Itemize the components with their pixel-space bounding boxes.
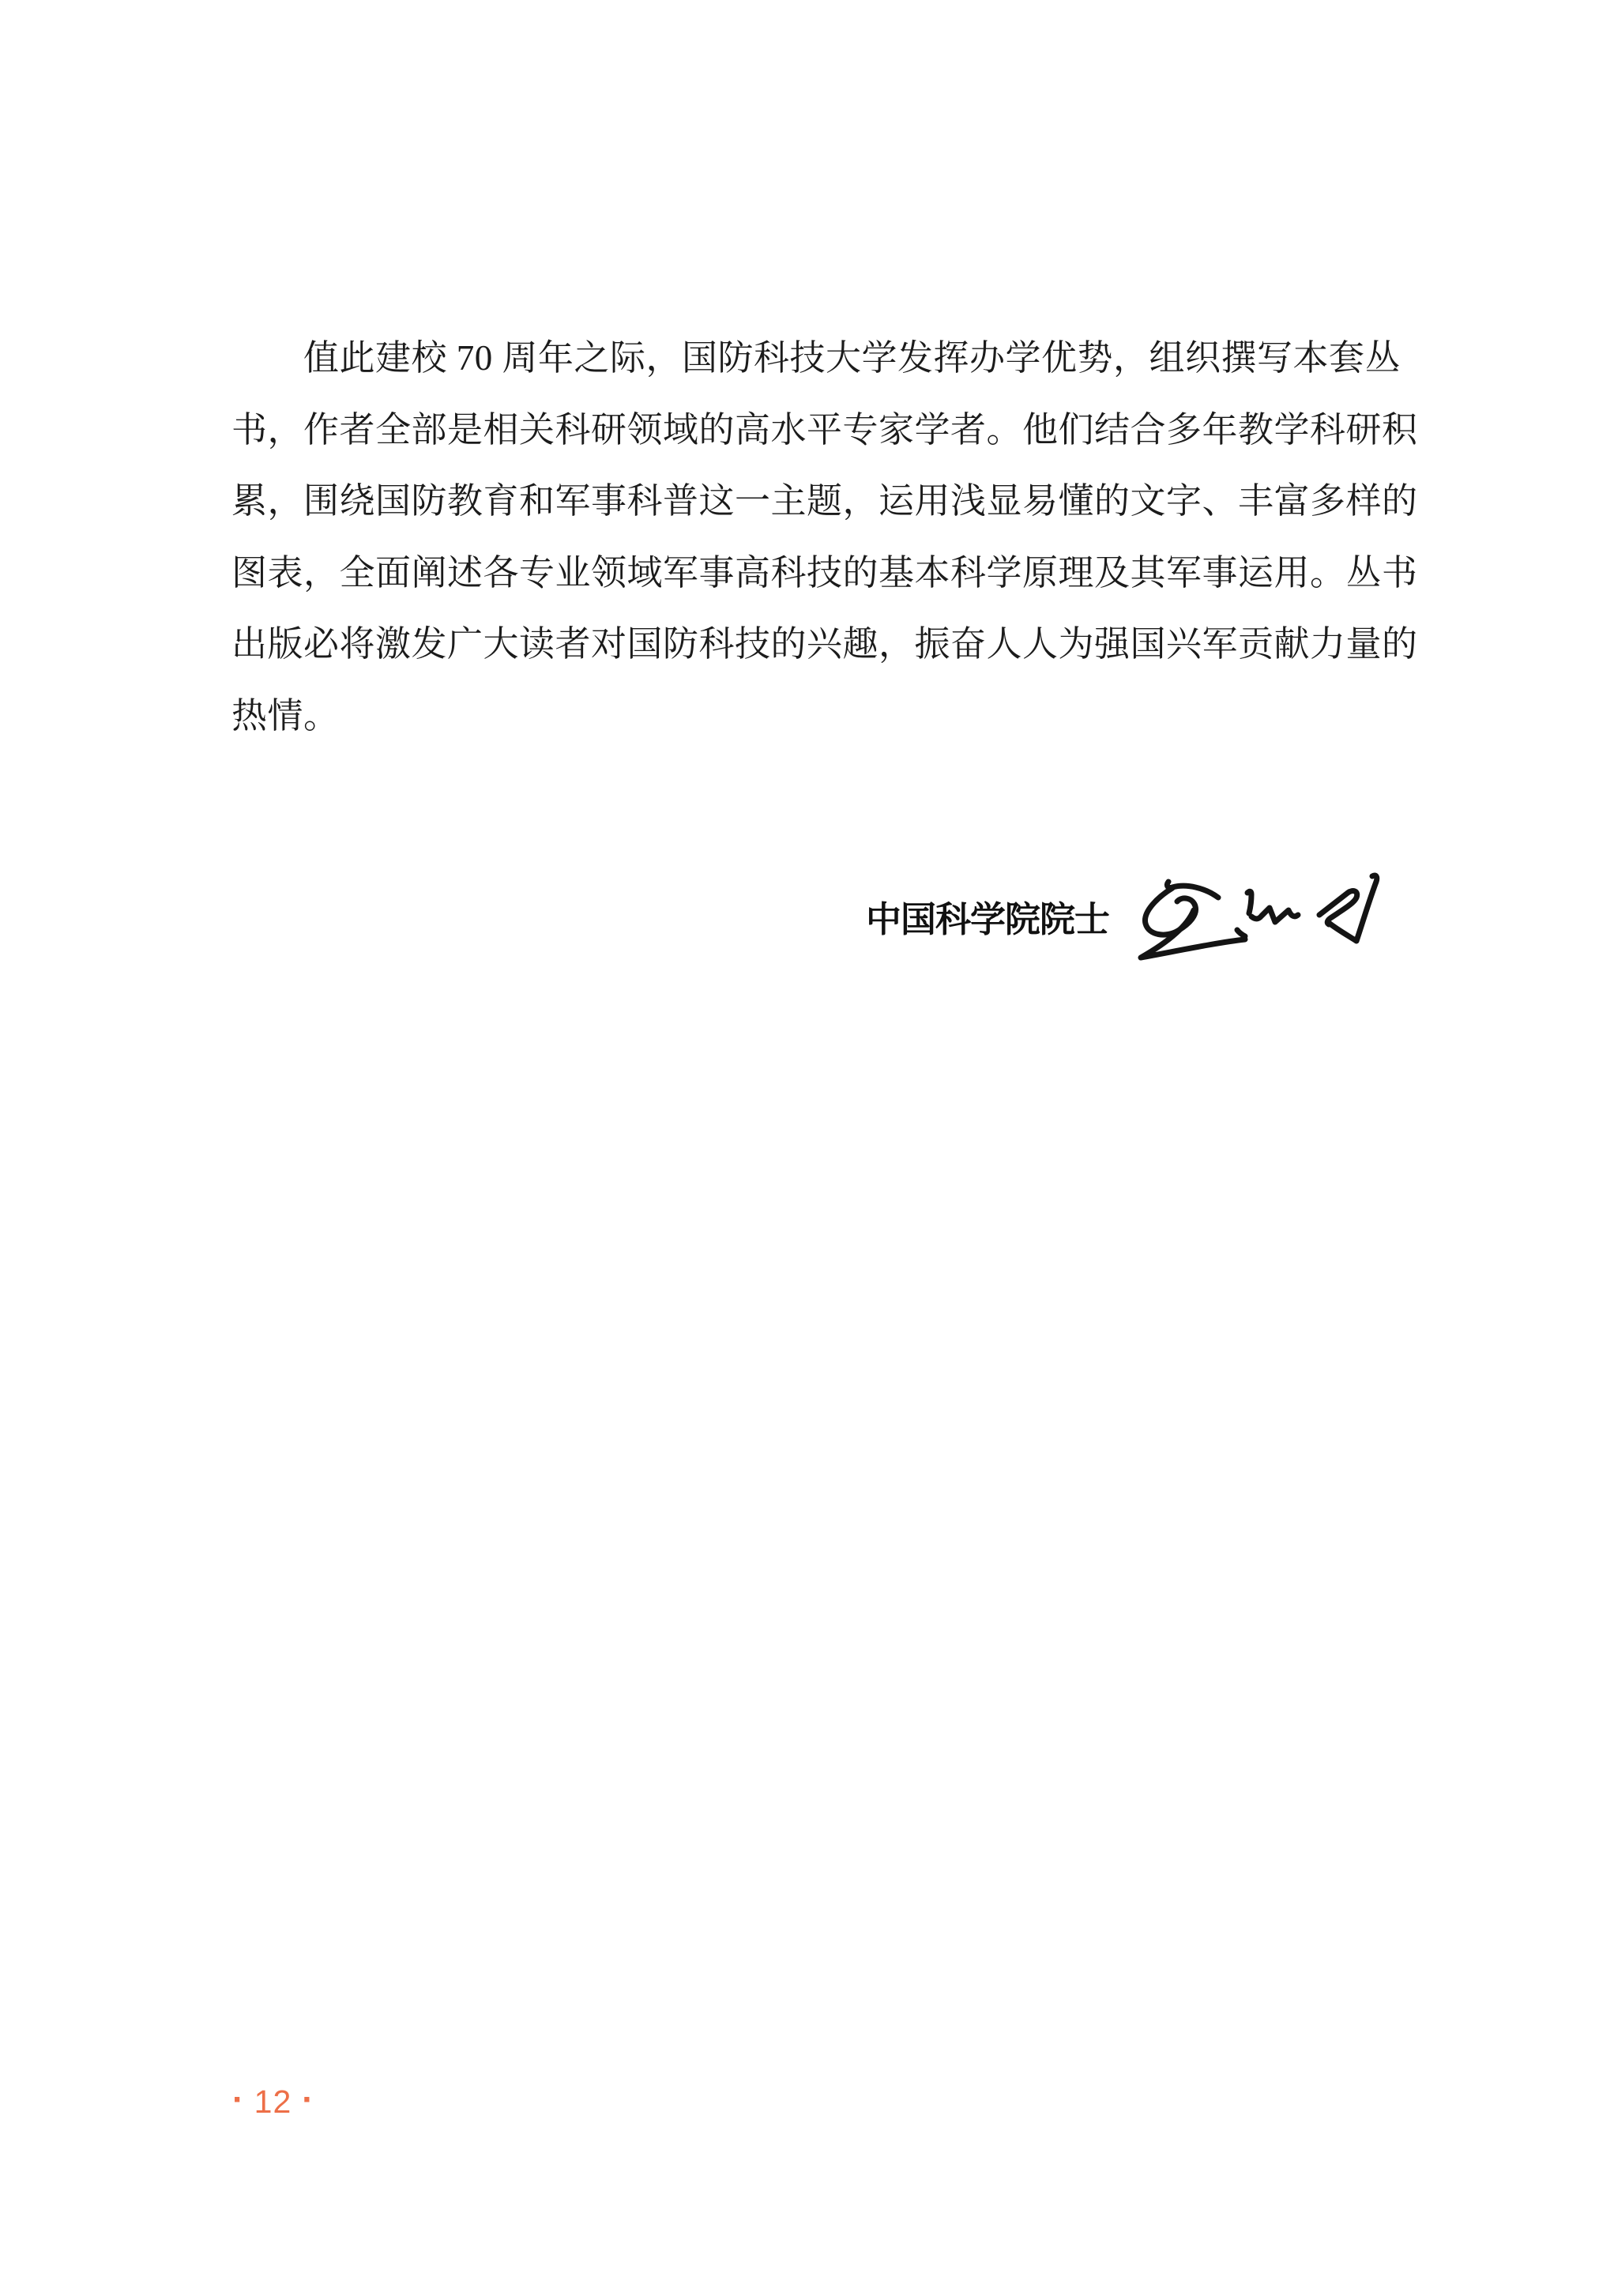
paragraph-line: 热情。 xyxy=(231,680,1399,752)
academician-title-label: 中国科学院院士 xyxy=(866,899,1109,940)
page-number-right-dot: · xyxy=(302,2081,314,2119)
page-number: · 12 · xyxy=(232,2083,314,2121)
document-page: 值此建校 70 周年之际，国防科技大学发挥办学优势，组织撰写本套丛 书，作者全部… xyxy=(0,0,1614,2296)
page-number-left-dot: · xyxy=(232,2081,244,2119)
paragraph-line: 书，作者全部是相关科研领域的高水平专家学者。他们结合多年教学科研积 xyxy=(231,394,1399,466)
paragraph-line: 累，围绕国防教育和军事科普这一主题，运用浅显易懂的文字、丰富多样的 xyxy=(231,465,1399,537)
page-number-value: 12 xyxy=(254,2083,292,2121)
paragraph-line: 图表，全面阐述各专业领域军事高科技的基本科学原理及其军事运用。丛书 xyxy=(231,537,1399,609)
paragraph-line: 出版必将激发广大读者对国防科技的兴趣，振奋人人为强国兴军贡献力量的 xyxy=(231,608,1399,680)
handwritten-signature-icon xyxy=(1130,861,1401,970)
body-paragraph: 值此建校 70 周年之际，国防科技大学发挥办学优势，组织撰写本套丛 书，作者全部… xyxy=(231,322,1399,751)
paragraph-line: 值此建校 70 周年之际，国防科技大学发挥办学优势，组织撰写本套丛 xyxy=(231,322,1399,394)
